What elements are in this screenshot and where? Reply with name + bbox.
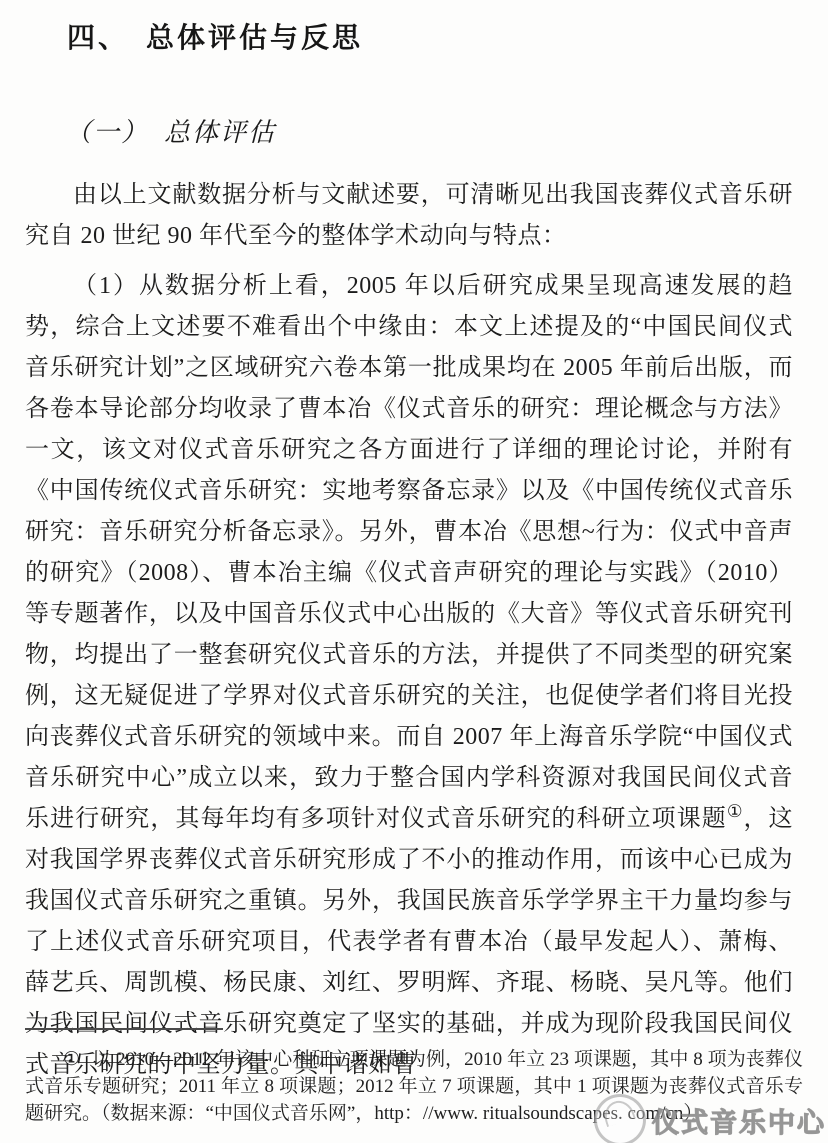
page-content: 四、 总体评估与反思 （一） 总体评估 由以上文献数据分析与文献述要，可清晰见出… (25, 0, 793, 1086)
footnote-text: ①以 2010—2012 年该中心科研立项课题为例，2010 年立 23 项课题… (25, 1046, 803, 1127)
footnote-marker: ① (63, 1049, 80, 1070)
paragraph: 由以上文献数据分析与文献述要，可清晰见出我国丧葬仪式音乐研究自 20 世纪 90… (25, 175, 793, 257)
document-page: 四、 总体评估与反思 （一） 总体评估 由以上文献数据分析与文献述要，可清晰见出… (0, 0, 828, 1143)
footnote-reference: ① (727, 802, 744, 821)
footnote-body: 以 2010—2012 年该中心科研立项课题为例，2010 年立 23 项课题，… (25, 1049, 803, 1124)
subsection-heading: （一） 总体评估 (65, 112, 793, 149)
footnote-block: ①以 2010—2012 年该中心科研立项课题为例，2010 年立 23 项课题… (25, 1028, 803, 1127)
section-heading: 四、 总体评估与反思 (67, 16, 793, 56)
footnote-separator (25, 1028, 223, 1030)
body-paragraphs: 由以上文献数据分析与文献述要，可清晰见出我国丧葬仪式音乐研究自 20 世纪 90… (25, 175, 793, 1086)
paragraph: （1）从数据分析上看，2005 年以后研究成果呈现高速发展的趋势，综合上文述要不… (25, 266, 793, 1086)
